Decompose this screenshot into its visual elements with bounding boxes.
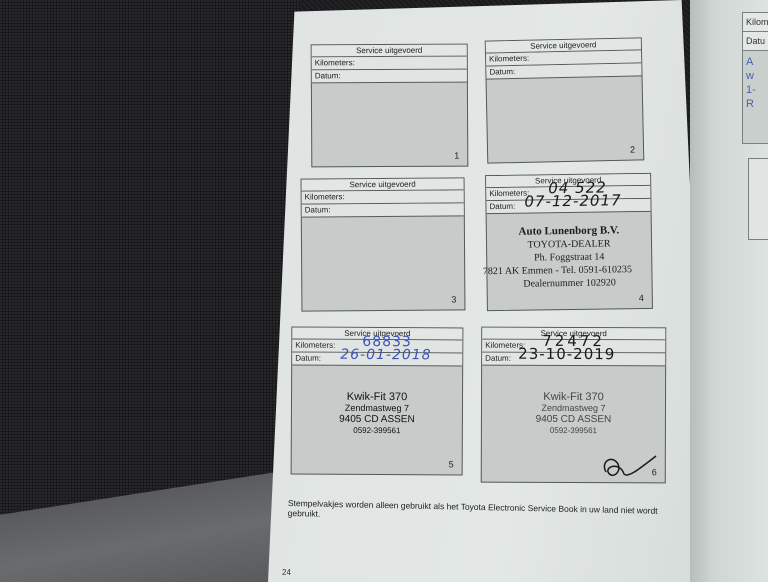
slot-number: 5: [449, 459, 454, 469]
dealer-stamp: Kwik-Fit 370 Zendmastweg 7 9405 CD ASSEN…: [292, 392, 462, 437]
service-box-1: Service uitgevoerd Kilometers: Datum: 1: [311, 44, 469, 168]
right-page-service-box-2: [748, 158, 768, 240]
dealer-stamp: Auto Lunenborg B.V. TOYOTA-DEALER Ph. Fo…: [487, 224, 652, 291]
box-title: Service uitgevoerd: [312, 45, 467, 58]
service-box-5: Service uitgevoerd Kilometers:68833 Datu…: [291, 327, 464, 476]
slot-number: 3: [451, 294, 456, 304]
slot-number: 4: [639, 293, 644, 303]
date-field: Datum:: [312, 70, 467, 84]
dealer-stamp: Kwik-Fit 370 Zendmastweg 7 9405 CD ASSEN…: [482, 392, 665, 437]
date-field: Datum:07-12-2017: [486, 199, 650, 214]
service-box-2: Service uitgevoerd Kilometers: Datum: 2: [485, 37, 645, 163]
date-field: Datum:: [486, 63, 641, 79]
service-box-3: Service uitgevoerd Kilometers: Datum: 3: [301, 177, 466, 311]
date-value: 23-10-2019: [518, 348, 615, 360]
right-page-service-box: Kilom Datu A w 1- R: [742, 12, 768, 144]
date-field: Datum:: [302, 203, 464, 217]
date-field: Datum:23-10-2019: [482, 353, 665, 367]
signature-icon: [598, 452, 658, 482]
right-page-handwriting: A w 1- R: [743, 51, 768, 115]
slot-number: 1: [454, 151, 459, 161]
slot-number: 2: [630, 145, 635, 155]
date-value: 26-01-2018: [340, 349, 431, 361]
date-field: Datum:26-01-2018: [292, 353, 462, 367]
box-title: Service uitgevoerd: [302, 178, 464, 191]
kilometers-field: Kilometers:: [312, 57, 467, 71]
service-box-4: Service uitgevoerd Kilometers:04 522 Dat…: [485, 173, 653, 311]
kilometers-field: Kilometers:: [302, 190, 464, 204]
date-value: 07-12-2017: [524, 194, 621, 207]
page-number: 24: [282, 568, 291, 577]
